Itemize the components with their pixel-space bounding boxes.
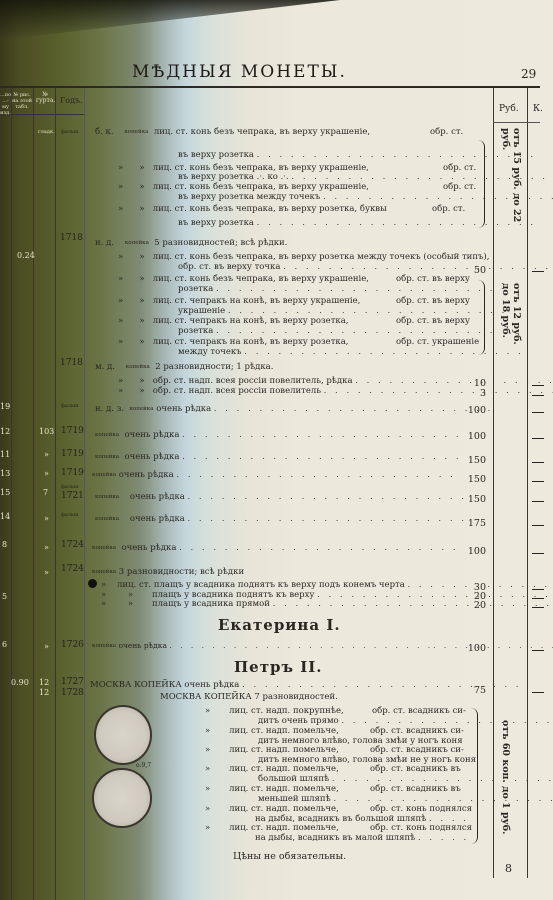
leader-dots: . . . . . . . . . . . . . . . . . . . . … (182, 430, 461, 440)
ref-number: 8 (2, 540, 7, 549)
range-price: отъ 12 руб. до 18 руб. (500, 283, 522, 358)
leader-dots: . . . . . . . . . . . . . . . . . . . . … (228, 306, 507, 316)
obverse-label: обр. ст. въ верху (396, 274, 470, 284)
denom: копейка (92, 472, 116, 478)
entry-line2: розетка . . . . . . . . . . . . . . . . … (178, 326, 495, 336)
leader-dots: . . . . . . . . . . . . . . . . . . . . … (169, 641, 433, 650)
heading-text: 3 разновидности; всѣ рѣдки (119, 567, 244, 577)
mint-mark: н. д. з. (95, 404, 124, 414)
ditto-mark: » (118, 204, 123, 214)
ditto-mark: » (118, 337, 123, 347)
price-kop-dash (532, 481, 544, 482)
price-kop-dash (532, 607, 544, 608)
year-cell: 1718 (60, 358, 83, 368)
ref-number: 19 (0, 402, 10, 411)
entry-row: » » лиц. ст. конь безъ чепрака, въ верху… (118, 182, 369, 192)
ditto-mark: » (139, 252, 144, 262)
block-heading: м. д. копейка 2 разновидности; 1 рѣдка. (95, 362, 273, 372)
denom: копейка (125, 240, 149, 246)
ditto-mark: » (205, 823, 210, 833)
leader-dots: . . . . . . . . . . . . . . . . . . . . … (257, 150, 536, 160)
heading-text: 2 разновидности; 1 рѣдка. (155, 362, 273, 372)
entry-row: н. д. з. копейка очень рѣдка . . . . . .… (95, 404, 493, 414)
col-header-a: ...по ...-му изд. (0, 92, 11, 116)
column-divider (33, 88, 34, 900)
col-header-rub: Руб. (499, 104, 519, 114)
ref-number: 14 (0, 512, 10, 521)
year-label: фальш (61, 484, 78, 490)
entry-row: » » обр. ст. надп. всея россiи повелител… (118, 386, 553, 396)
obverse-label: обр. ст. всадникъ си- (370, 745, 464, 755)
signature-mark: 8 (505, 862, 512, 875)
ditto-mark: » (139, 386, 144, 396)
obverse-label: обр. ст. (443, 182, 476, 192)
entry-text: въ верху розетка (178, 150, 254, 160)
header-underline (0, 114, 84, 115)
col-header-b: № рис. на этой табл. (12, 92, 32, 110)
entry-row: копейка очень рѣдка . . . . . . . . . . … (92, 470, 456, 480)
obverse-label: обр. ст. (430, 127, 463, 137)
group-brace (471, 708, 478, 844)
group-brace (478, 280, 485, 355)
price-kop-dash (532, 438, 544, 439)
entry-text: очень рѣдка (118, 641, 166, 650)
ditto-mark: » (205, 745, 210, 755)
ditto-mark: » (205, 804, 210, 814)
entry-row: » лиц. ст. надп. помельче, (205, 804, 339, 814)
leader-dots: . . . . . . . . . . . . . . . . . . . . … (332, 774, 553, 784)
year-cell: 1724 (61, 540, 84, 550)
coin-image-obverse (92, 768, 152, 828)
ditto-mark: » (118, 163, 123, 173)
entry-text: лиц. ст. чепракъ на конѣ, въ верху розет… (153, 337, 349, 347)
leader-dots: . . . . . . . . . . . . . . . . . . . . … (257, 218, 536, 228)
entry-text: лиц. ст. конь безъ чепрака, въ верху роз… (153, 204, 387, 214)
section-title-ekaterina: Екатерина I. (218, 616, 341, 634)
ditto-mark: » (139, 296, 144, 306)
gurt-value: гладк. (38, 129, 55, 135)
year-cell: 1724 (61, 564, 84, 574)
year-cell: 1719 (61, 468, 84, 478)
entry-row: » лиц. ст. надп. покрупнѣе, (205, 706, 344, 716)
year-cell: фальш (61, 512, 78, 518)
ditto-mark: » (118, 252, 123, 262)
footer-note: Цѣны не обязательны. (233, 851, 346, 862)
column-divider (527, 88, 528, 878)
section-title-petr: Петръ II. (234, 658, 322, 676)
ditto-mark: » (205, 764, 210, 774)
obverse-label: обр. ст. всадникъ въ (370, 764, 461, 774)
ditto-mark: » (139, 163, 144, 173)
entry-row: копейка очень рѣдка . . . . . . . . . . … (95, 452, 462, 462)
entry-row: копейка очень рѣдка . . . . . . . . . . … (95, 430, 462, 440)
entry-row: » » лиц. ст. конь безъ чепрака, въ верху… (118, 252, 489, 262)
entry-text: лиц. ст. плащъ у всадника поднятъ къ вер… (117, 580, 405, 590)
price-rub: 100 (456, 643, 486, 654)
gurt-value: 7 (43, 488, 48, 497)
ditto-mark: » (139, 316, 144, 326)
entry-text: меньшей шляпѣ (258, 794, 331, 804)
ditto-mark: » (205, 784, 210, 794)
page-title: МѢДНЫЯ МОНЕТЫ. (132, 62, 347, 82)
leader-dots: . . . . . . . . . . . . . . . . . . . . … (188, 492, 467, 502)
weight-value: 0.90 (11, 678, 29, 687)
leader-dots: . . . . . . . . . . . . . . . . . . . . … (214, 404, 493, 414)
entry-text: очень рѣдка (124, 430, 179, 440)
entry-text: розетка (178, 326, 213, 336)
entry-text: лиц. ст. чепракъ на конѣ, въ верху украш… (153, 296, 361, 306)
year-cell: 1719 (61, 449, 84, 459)
range-price: отъ 60 коп. до 1 руб. (500, 720, 511, 840)
denom: копейка (95, 516, 119, 522)
entry-text: дитъ очень прямо (258, 716, 339, 726)
leader-dots: . . . . . . . . . . . . . . . . . . . . … (273, 599, 552, 609)
entry-line2: украшенiе . . . . . . . . . . . . . . . … (178, 306, 507, 316)
ref-number: 13 (0, 469, 10, 478)
entry-text: розетка (178, 284, 213, 294)
leader-dots: . . . . . . . . . . . . . . . . . . . . … (341, 716, 553, 726)
ditto-mark: » (101, 580, 106, 590)
obverse-label: обр. ст. въ верху (396, 296, 470, 306)
entry-text: обр. ст. въ верху точка (178, 262, 280, 272)
price-rub: 20 (456, 600, 486, 611)
col-header-gurt: № гурта. (36, 92, 54, 104)
denom: копейка (129, 406, 153, 412)
entry-text: въ верху розетка между точекъ (178, 192, 320, 202)
ditto-mark: » (118, 182, 123, 192)
price-rub: 150 (456, 455, 486, 466)
mint-mark: б. к. (95, 127, 114, 137)
entry-text: очень рѣдка (130, 514, 185, 524)
leader-dots: . . . . . . . . . . . . . . . . . . . . … (182, 452, 461, 462)
ditto-mark: » (139, 337, 144, 347)
leader-dots: . . . . . . . . . . . . . . . . . . . . … (324, 386, 553, 396)
obverse-label: обр. ст. всадникъ си- (372, 706, 466, 716)
gurt-value: » (44, 450, 49, 459)
entry-row: » » лиц. ст. чепракъ на конѣ, въ верху р… (118, 316, 349, 326)
price-rub: 150 (456, 474, 486, 485)
block-heading: МОСКВА КОПЕЙКА 7 разновидностей. (160, 692, 338, 702)
leader-dots: . . . . . . . . . . . . . . . . . . . . … (433, 641, 553, 650)
price-kop-dash (532, 650, 544, 651)
entry-text: лиц. ст. надп. помельче, (229, 823, 339, 833)
ditto-mark: » (118, 274, 123, 284)
year-cell: 1728 (61, 688, 84, 698)
leader-dots: . . . . . . . . . . . . . . . . . . . . … (216, 284, 495, 294)
price-rub: 100 (456, 546, 486, 557)
gurt-value: » (44, 642, 49, 651)
entry-row: » » обр. ст. надп. всея россiи повелител… (118, 376, 553, 386)
entry-text: въ верху розетка .·. ко .·. (178, 172, 289, 182)
column-divider (493, 88, 494, 878)
entry-row: » » лиц. ст. конь безъ чепрака, въ верху… (118, 274, 369, 284)
entry-row: копейка очень рѣдка . . . . . . . . . . … (92, 543, 459, 553)
ditto-mark: » (139, 204, 144, 214)
mint-mark: м. д. (95, 362, 115, 372)
gurt-value: » (44, 543, 49, 552)
entry-line2: обр. ст. въ верху точка . . . . . . . . … (178, 262, 553, 272)
ditto-mark: » (139, 182, 144, 192)
entry-row: копейка очень рѣдка . . . . . . . . . . … (95, 492, 467, 502)
col-header-year: Годъ. (60, 96, 83, 105)
entry-text: очень рѣдка (119, 470, 174, 480)
gurt-value: 12 (39, 688, 49, 697)
gurt-value: 12 (39, 678, 49, 687)
page-number: 29 (521, 67, 536, 81)
block-heading: копейка 3 разновидности; всѣ рѣдки (92, 567, 244, 577)
ditto-mark: » (205, 706, 210, 716)
entry-text: очень рѣдка (121, 543, 176, 553)
entry-row: » лиц. ст. надп. помельче, (205, 745, 339, 755)
year-cell: фальш (61, 129, 78, 135)
entry-text: очень рѣдка (124, 452, 179, 462)
obverse-label: обр. ст. конь поднялся (370, 823, 472, 833)
price-rub: 75 (456, 685, 486, 696)
entry-line2: на дыбы, всадникъ въ малой шляпѣ . . . .… (255, 833, 469, 843)
denom: копейка (126, 364, 150, 370)
entry-text: очень рѣдка (130, 492, 185, 502)
leader-dots: . . . . . (418, 833, 469, 843)
entry-text: обр. ст. надп. всея россiи повелитель, р… (153, 376, 353, 386)
header-underline (493, 122, 540, 123)
price-kop-dash (532, 692, 544, 693)
weight-value: 0.24 (17, 251, 35, 260)
column-divider (11, 88, 12, 900)
year-cell: фальш (61, 403, 78, 409)
entry-text: лиц. ст. чепракъ на конѣ, въ верху розет… (153, 316, 349, 326)
entry-text: между точекъ (178, 347, 242, 357)
year-cell: 1721 (61, 491, 84, 501)
denom: копейка (92, 569, 116, 575)
price-rub: 100 (456, 405, 486, 416)
denom: копейка (95, 454, 119, 460)
ditto-mark: » (118, 296, 123, 306)
price-kop-dash (532, 395, 544, 396)
ditto-mark: » (205, 726, 210, 736)
entry-text: большой шляпѣ (258, 774, 329, 784)
ref-number: 11 (0, 450, 10, 459)
obverse-label: обр. ст. конь поднялся (370, 804, 472, 814)
price-kop-dash (532, 501, 544, 502)
denom: копейка (124, 129, 148, 135)
year-cell: 1719 (61, 426, 84, 436)
gurt-value: 103 (39, 427, 54, 436)
obverse-label: обр. ст. украшенiе (396, 337, 479, 347)
obverse-label: обр. ст. всадникъ си- (370, 726, 464, 736)
obverse-label: обр. ст. (432, 204, 465, 214)
entry-line2: въ верху розетка .·. ко .·. . . . . . . … (178, 172, 553, 182)
ditto-mark: » (101, 599, 106, 609)
leader-dots: . . . . . . . . . . . . . . . . . . . . … (283, 262, 553, 272)
entry-line2: въ верху розетка между точекъ . . . . . … (178, 192, 553, 202)
price-rub: 150 (456, 494, 486, 505)
year-cell: 1718 (60, 233, 83, 243)
entry-text: лиц. ст. конь безъ чепрака, въ верху укр… (153, 182, 369, 192)
leader-dots: . . . . . . . . . . . . . . . . . . . . … (355, 376, 553, 386)
denom: копейка (92, 643, 116, 649)
entry-text: въ верху розетка (178, 218, 254, 228)
gurt-value: » (44, 568, 49, 577)
entry-row: » » лиц. ст. чепракъ на конѣ, въ верху р… (118, 337, 349, 347)
price-kop-dash (532, 412, 544, 413)
entry-text: лиц. ст. надп. помельче, (229, 764, 339, 774)
heading-text: 5 разновидностей; всѣ рѣдки. (154, 238, 287, 248)
denom: копейка (92, 545, 116, 551)
header-rule (0, 86, 540, 88)
leader-dots: . . . . . . . . . . . . . . . . . . . . … (216, 326, 495, 336)
entry-line2: между точекъ . . . . . . . . . . . . . .… (178, 347, 524, 357)
entry-text: лиц. ст. надп. покрупнѣе, (229, 706, 344, 716)
entry-text: плащъ у всадника прямой (152, 599, 270, 609)
entry-text: украшенiе (178, 306, 225, 316)
entry-text: МОСКВА КОПЕЙКА очень рѣдка (90, 680, 239, 690)
coin-image-reverse (94, 705, 152, 765)
entry-row: » » лиц. ст. чепракъ на конѣ, въ верху у… (118, 296, 360, 306)
entry-text: лиц. ст. надп. помельче, (229, 726, 339, 736)
ref-number: 5 (2, 592, 7, 601)
gurt-value: » (44, 469, 49, 478)
leader-dots: . . . . . . . . . . . . . . . . . . . . … (176, 470, 455, 480)
price-rub: 3 (456, 388, 486, 399)
ref-number: 6 (2, 640, 7, 649)
entry-row: копейка очень рѣдка . . . . . . . . . . … (95, 514, 467, 524)
ink-blot (88, 579, 97, 588)
col-header-kop: К. (533, 104, 543, 114)
entry-text: очень рѣдка (156, 404, 211, 414)
denom: копейка (95, 494, 119, 500)
price-rub: 175 (456, 518, 486, 529)
entry-text: лиц. ст. надп. помельче, (229, 804, 339, 814)
group-brace (478, 140, 485, 228)
coin-caption: о.9,7 (136, 762, 151, 769)
price-kop-dash (532, 553, 544, 554)
ditto-mark: » (139, 376, 144, 386)
entry-row: » » лиц. ст. конь безъ чепрака, въ верху… (118, 204, 387, 214)
ref-number: 15 (0, 488, 10, 497)
column-divider (55, 88, 56, 900)
year-cell: 1727 (61, 677, 84, 687)
ditto-mark: » (118, 376, 123, 386)
ditto-mark: » (118, 316, 123, 326)
entry-text: лиц. ст. надп. помельче, (229, 745, 339, 755)
price-kop-dash (532, 462, 544, 463)
ref-number: 12 (0, 427, 10, 436)
block-heading: н. д. копейка 5 разновидностей; всѣ рѣдк… (95, 238, 287, 248)
column-divider (84, 88, 85, 900)
leader-dots: . . . . . . . . . . . . . . . . . . . . … (333, 794, 553, 804)
entry-row: » лиц. ст. надп. помельче, (205, 784, 339, 794)
price-kop-dash (532, 271, 544, 272)
denom: копейка (95, 432, 119, 438)
ditto-mark: » (128, 599, 133, 609)
leader-dots: . . . . . . . . . . . . . . . . . . . . … (188, 514, 467, 524)
price-kop-dash (532, 525, 544, 526)
obverse-label: обр. ст. всадникъ въ (370, 784, 461, 794)
obverse-label: обр. ст. въ верху (396, 316, 470, 326)
mint-mark: н. д. (95, 238, 114, 248)
gurt-value: » (44, 514, 49, 523)
entry-text: лиц. ст. конь безъ чепрака, въ верху укр… (154, 127, 370, 137)
ditto-mark: » (118, 386, 123, 396)
entry-line2: розетка . . . . . . . . . . . . . . . . … (178, 284, 495, 294)
year-cell: 1726 (61, 640, 84, 650)
entry-row: » лиц. ст. надп. помельче, (205, 726, 339, 736)
price-rub: 100 (456, 431, 486, 442)
entry-text: на дыбы, всадникъ въ малой шляпѣ (255, 833, 415, 843)
entry-text: обр. ст. надп. всея россiи повелитель (153, 386, 321, 396)
entry-text: лиц. ст. надп. помельче, (229, 784, 339, 794)
entry-row: » лиц. ст. надп. помельче, (205, 764, 339, 774)
entry-text: лиц. ст. конь безъ чепрака, въ верху укр… (153, 274, 369, 284)
entry-row: б. к. копейка лиц. ст. конь безъ чепрака… (95, 127, 370, 137)
range-price: отъ 15 руб. до 22 руб. (500, 128, 522, 228)
ditto-mark: » (139, 274, 144, 284)
entry-row: » лиц. ст. надп. помельче, (205, 823, 339, 833)
entry-text: лиц. ст. конь безъ чепрака, въ верху роз… (153, 252, 490, 262)
leader-dots: . . . . . . . . . . . . . . . . . . . . … (179, 543, 458, 553)
